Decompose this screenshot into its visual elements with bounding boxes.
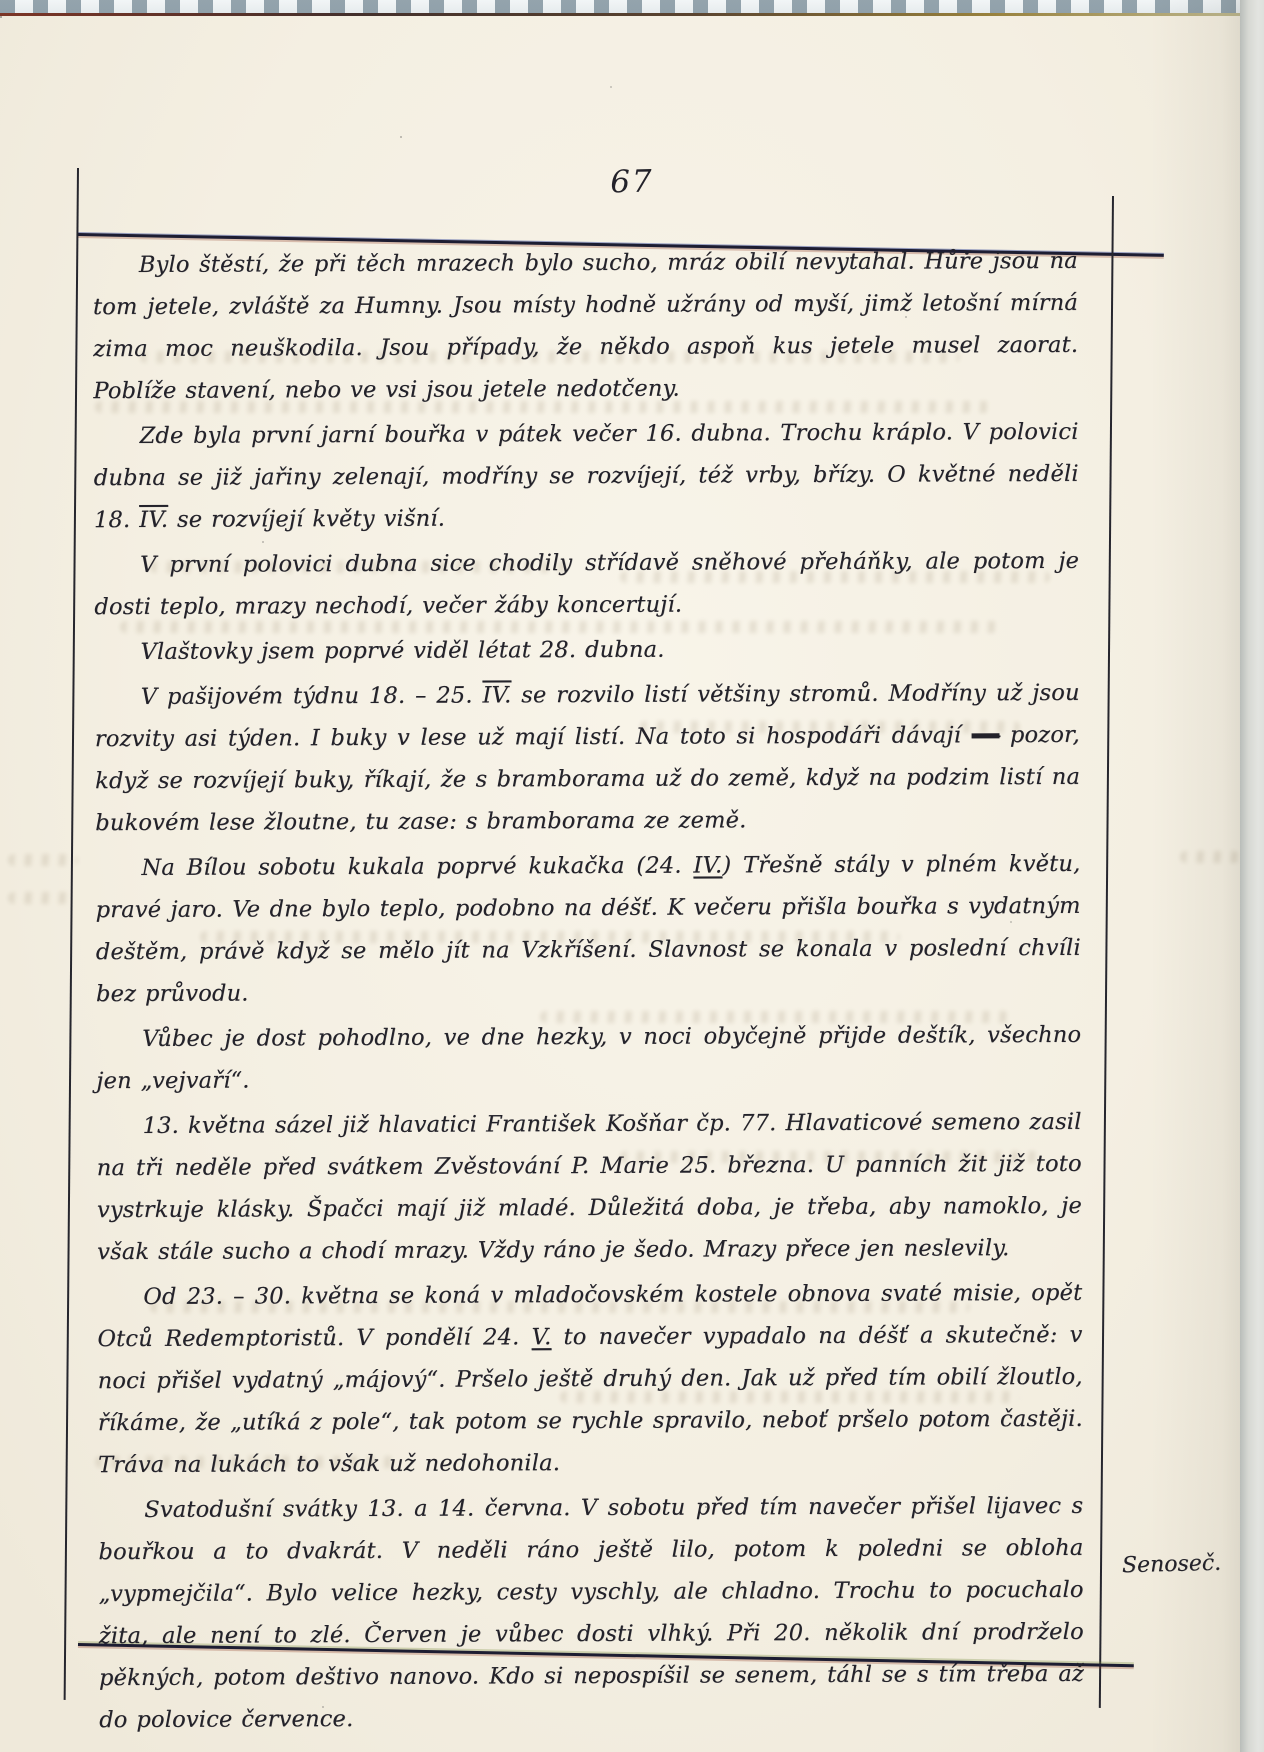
scan-speckles bbox=[0, 16, 2, 18]
manuscript-body: Bylo štěstí, že při těch mrazech bylo su… bbox=[93, 240, 1085, 1744]
manuscript-paragraph: Od 23. – 30. května se koná v mladočovsk… bbox=[97, 1272, 1083, 1486]
scanned-document: 67 Bylo štěstí, že při těch mrazech bylo… bbox=[0, 0, 1264, 1752]
bleedthrough-smudge bbox=[8, 892, 70, 904]
manuscript-paragraph: Svatodušní svátky 13. a 14. června. V so… bbox=[98, 1485, 1084, 1741]
left-margin-rule bbox=[64, 168, 79, 1700]
right-margin-rule bbox=[1099, 196, 1114, 1708]
manuscript-paragraph: V pašijovém týdnu 18. – 25. IV. se rozvi… bbox=[95, 672, 1081, 844]
scan-right-edge bbox=[1240, 0, 1264, 1752]
roman-numeral-month: IV. bbox=[482, 682, 511, 708]
manuscript-paragraph: Zde byla první jarní bouřka v pátek veče… bbox=[93, 411, 1079, 541]
page-edge-shadow bbox=[1150, 0, 1240, 1752]
bleedthrough-smudge bbox=[8, 854, 78, 866]
manuscript-paragraph: Na Bílou sobotu kukala poprvé kukačka (2… bbox=[95, 843, 1081, 1015]
roman-numeral-month: IV. bbox=[139, 507, 168, 533]
manuscript-paragraph: 13. května sázel již hlavatici František… bbox=[96, 1101, 1082, 1273]
roman-numeral-month: V. bbox=[531, 1324, 551, 1350]
paper: 67 Bylo štěstí, že při těch mrazech bylo… bbox=[0, 16, 1264, 1752]
scan-top-edge bbox=[0, 0, 1264, 13]
roman-numeral-month: IV. bbox=[693, 852, 722, 878]
manuscript-paragraph: Vlaštovky jsem poprvé viděl létat 28. du… bbox=[94, 627, 1079, 673]
manuscript-paragraph: Bylo štěstí, že při těch mrazech bylo su… bbox=[93, 240, 1079, 412]
crossed-out-word: ––– bbox=[972, 722, 1000, 748]
manuscript-paragraph: Vůbec je dost pohodlno, ve dne hezky, v … bbox=[96, 1014, 1081, 1102]
page-number: 67 bbox=[0, 153, 1264, 211]
manuscript-paragraph: V první polovici dubna sice chodily stří… bbox=[94, 540, 1079, 628]
